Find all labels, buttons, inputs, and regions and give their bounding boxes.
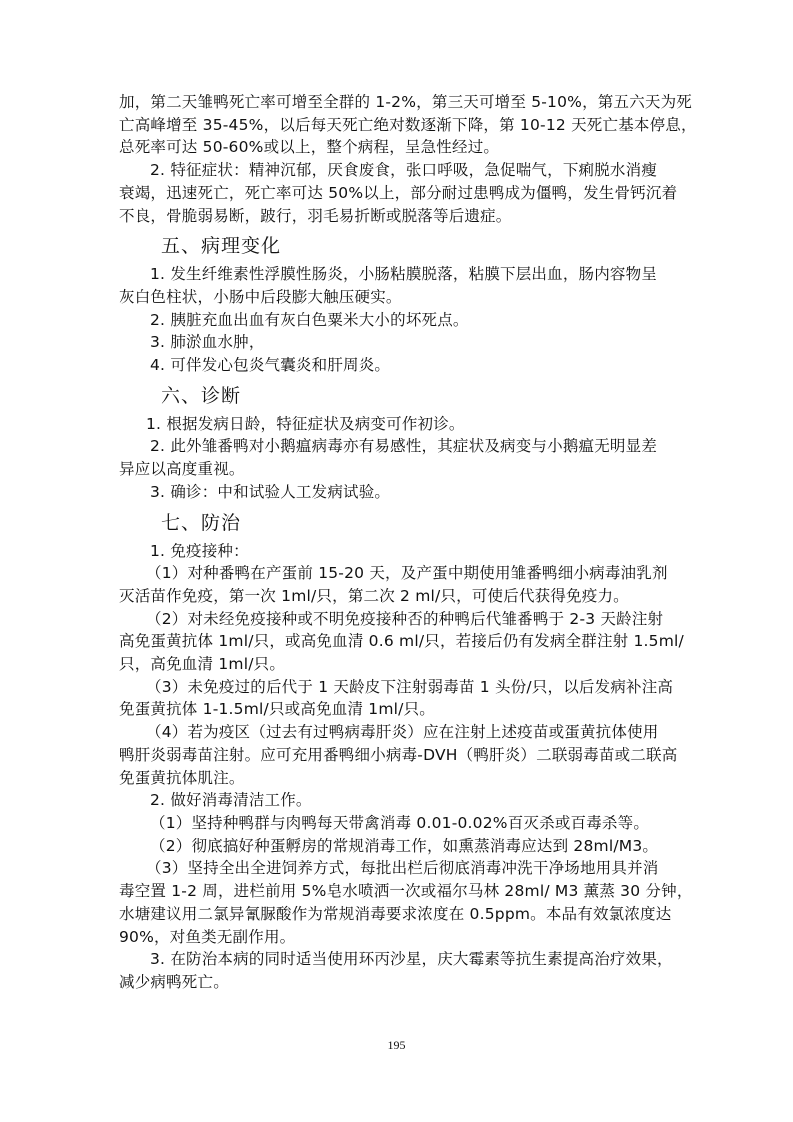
paragraph-line: 衰竭，迅速死亡，死亡率可达 50%以上，部分耐过患鸭成为僵鸭，发生骨钙沉着 <box>119 182 679 205</box>
paragraph-line: 1. 根据发病日龄，特征症状及病变可作初诊。 <box>119 413 679 436</box>
paragraph-line: （3）未免疫过的后代于 1 天龄皮下注射弱毒苗 1 头份/只，以后发病补注高 <box>119 676 679 699</box>
paragraph-line: 4. 可伴发心包炎气囊炎和肝周炎。 <box>119 354 679 377</box>
paragraph-line: 2. 此外雏番鸭对小鹅瘟病毒亦有易感性，其症状及病变与小鹅瘟无明显差 <box>119 435 679 458</box>
paragraph-line: 灰白色柱状，小肠中后段膨大触压硬实。 <box>119 286 679 309</box>
paragraph-line: 毒空置 1-2 周，进栏前用 5%皂水喷洒一次或福尔马林 28ml/ M3 薰蒸… <box>119 880 679 903</box>
paragraph-line: 3. 肺淤血水肿， <box>119 331 679 354</box>
paragraph-line: 90%，对鱼类无副作用。 <box>119 926 679 949</box>
paragraph-line: 2. 做好消毒清洁工作。 <box>119 789 679 812</box>
paragraph-line: （2）彻底搞好种蛋孵房的常规消毒工作，如熏蒸消毒应达到 28ml/M3。 <box>119 835 679 858</box>
section-heading-diagnosis: 六、诊断 <box>119 381 679 411</box>
paragraph-line: 免蛋黄抗体 1-1.5ml/只或高免血清 1ml/只。 <box>119 698 679 721</box>
paragraph-line: 水塘建议用二氯异氰脲酸作为常规消毒要求浓度在 0.5ppm。本品有效氯浓度达 <box>119 903 679 926</box>
paragraph-line: （1）坚持种鸭群与肉鸭每天带禽消毒 0.01-0.02%百灭杀或百毒杀等。 <box>119 812 679 835</box>
paragraph-line: 2. 胰脏充血出血有灰白色粟米大小的坏死点。 <box>119 309 679 332</box>
document-page: 加，第二天雏鸭死亡率可增至全群的 1-2%，第三天可增至 5-10%，第五六天为… <box>119 91 679 994</box>
paragraph-line: 减少病鸭死亡。 <box>119 971 679 994</box>
paragraph-line: 3. 在防治本病的同时适当使用环丙沙星，庆大霉素等抗生素提高治疗效果， <box>119 948 679 971</box>
paragraph-line: 高免蛋黄抗体 1ml/只，或高免血清 0.6 ml/只，若接后仍有发病全群注射 … <box>119 630 679 653</box>
paragraph-line: 亡高峰增至 35-45%，以后每天死亡绝对数逐渐下降，第 10-12 天死亡基本… <box>119 114 679 137</box>
paragraph-line: 加，第二天雏鸭死亡率可增至全群的 1-2%，第三天可增至 5-10%，第五六天为… <box>119 91 679 114</box>
paragraph-line: 鸭肝炎弱毒苗注射。应可充用番鸭细小病毒-DVH（鸭肝炎）二联弱毒苗或二联高 <box>119 744 679 767</box>
paragraph-line: 不良，骨脆弱易断，跛行，羽毛易折断或脱落等后遗症。 <box>119 205 679 228</box>
paragraph-line: 3. 确诊：中和试验人工发病试验。 <box>119 481 679 504</box>
paragraph-line: 1. 发生纤维素性浮膜性肠炎，小肠粘膜脱落，粘膜下层出血，肠内容物呈 <box>119 263 679 286</box>
paragraph-line: 灭活苗作免疫，第一次 1ml/只，第二次 2 ml/只，可使后代获得免疫力。 <box>119 585 679 608</box>
paragraph-line: 只，高免血清 1ml/只。 <box>119 653 679 676</box>
paragraph-line: （1）对种番鸭在产蛋前 15-20 天，及产蛋中期使用雏番鸭细小病毒油乳剂 <box>119 562 679 585</box>
paragraph-line: （2）对未经免疫接种或不明免疫接种否的种鸭后代雏番鸭于 2-3 天龄注射 <box>119 608 679 631</box>
paragraph-line: 总死率可达 50-60%或以上，整个病程，呈急性经过。 <box>119 136 679 159</box>
paragraph-line: 异应以高度重视。 <box>119 458 679 481</box>
paragraph-line: 1. 免疫接种： <box>119 540 679 563</box>
paragraph-line: 2. 特征症状：精神沉郁，厌食废食，张口呼吸，急促喘气，下痢脱水消瘦 <box>119 159 679 182</box>
page-number: 195 <box>0 1038 793 1053</box>
paragraph-line: （4）若为疫区（过去有过鸭病毒肝炎）应在注射上述疫苗或蛋黄抗体使用 <box>119 721 679 744</box>
section-heading-pathology: 五、病理变化 <box>119 231 679 261</box>
paragraph-line: （3）坚持全出全进饲养方式，每批出栏后彻底消毒冲洗干净场地用具并消 <box>119 857 679 880</box>
section-heading-prevention: 七、防治 <box>119 508 679 538</box>
paragraph-line: 免蛋黄抗体肌注。 <box>119 767 679 790</box>
